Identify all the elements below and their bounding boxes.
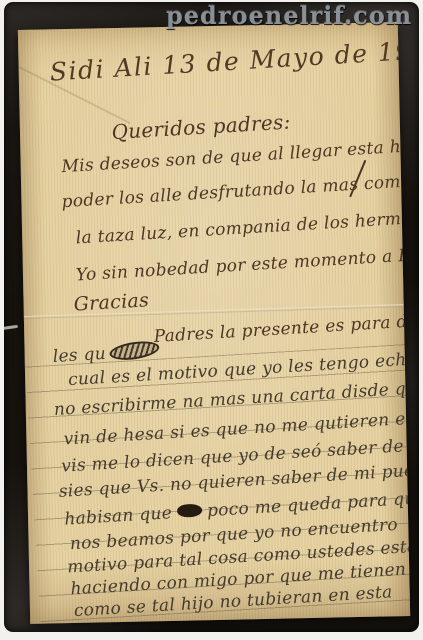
frame-scratch-mark — [4, 325, 18, 330]
letter-line: la taza luz, en compania de los hermano — [75, 207, 410, 248]
letter-line-text: les qu — [52, 344, 106, 367]
site-watermark: pedroenelrif.com — [166, 1, 412, 30]
letter-date-place-line: Sidi Ali 13 de Mayo de 1921 — [49, 34, 410, 87]
letter-line: Padres la presente es para decir — [153, 310, 410, 347]
letter-salutation: Queridos padres: — [111, 110, 291, 145]
black-photo-mount: Sidi Ali 13 de Mayo de 1921 Queridos pad… — [4, 2, 419, 632]
scribbled-out-word — [109, 339, 161, 363]
letter-line-gracias: Gracias — [73, 289, 150, 315]
photo-of-letter: Sidi Ali 13 de Mayo de 1921 Queridos pad… — [0, 0, 423, 640]
letter-paper: Sidi Ali 13 de Mayo de 1921 Queridos pad… — [18, 22, 410, 624]
letter-line: Yo sin nobedad por este momento a Dios — [75, 244, 410, 285]
scribbled-out-word — [177, 503, 203, 517]
handwriting-layer: Sidi Ali 13 de Mayo de 1921 Queridos pad… — [18, 22, 410, 623]
